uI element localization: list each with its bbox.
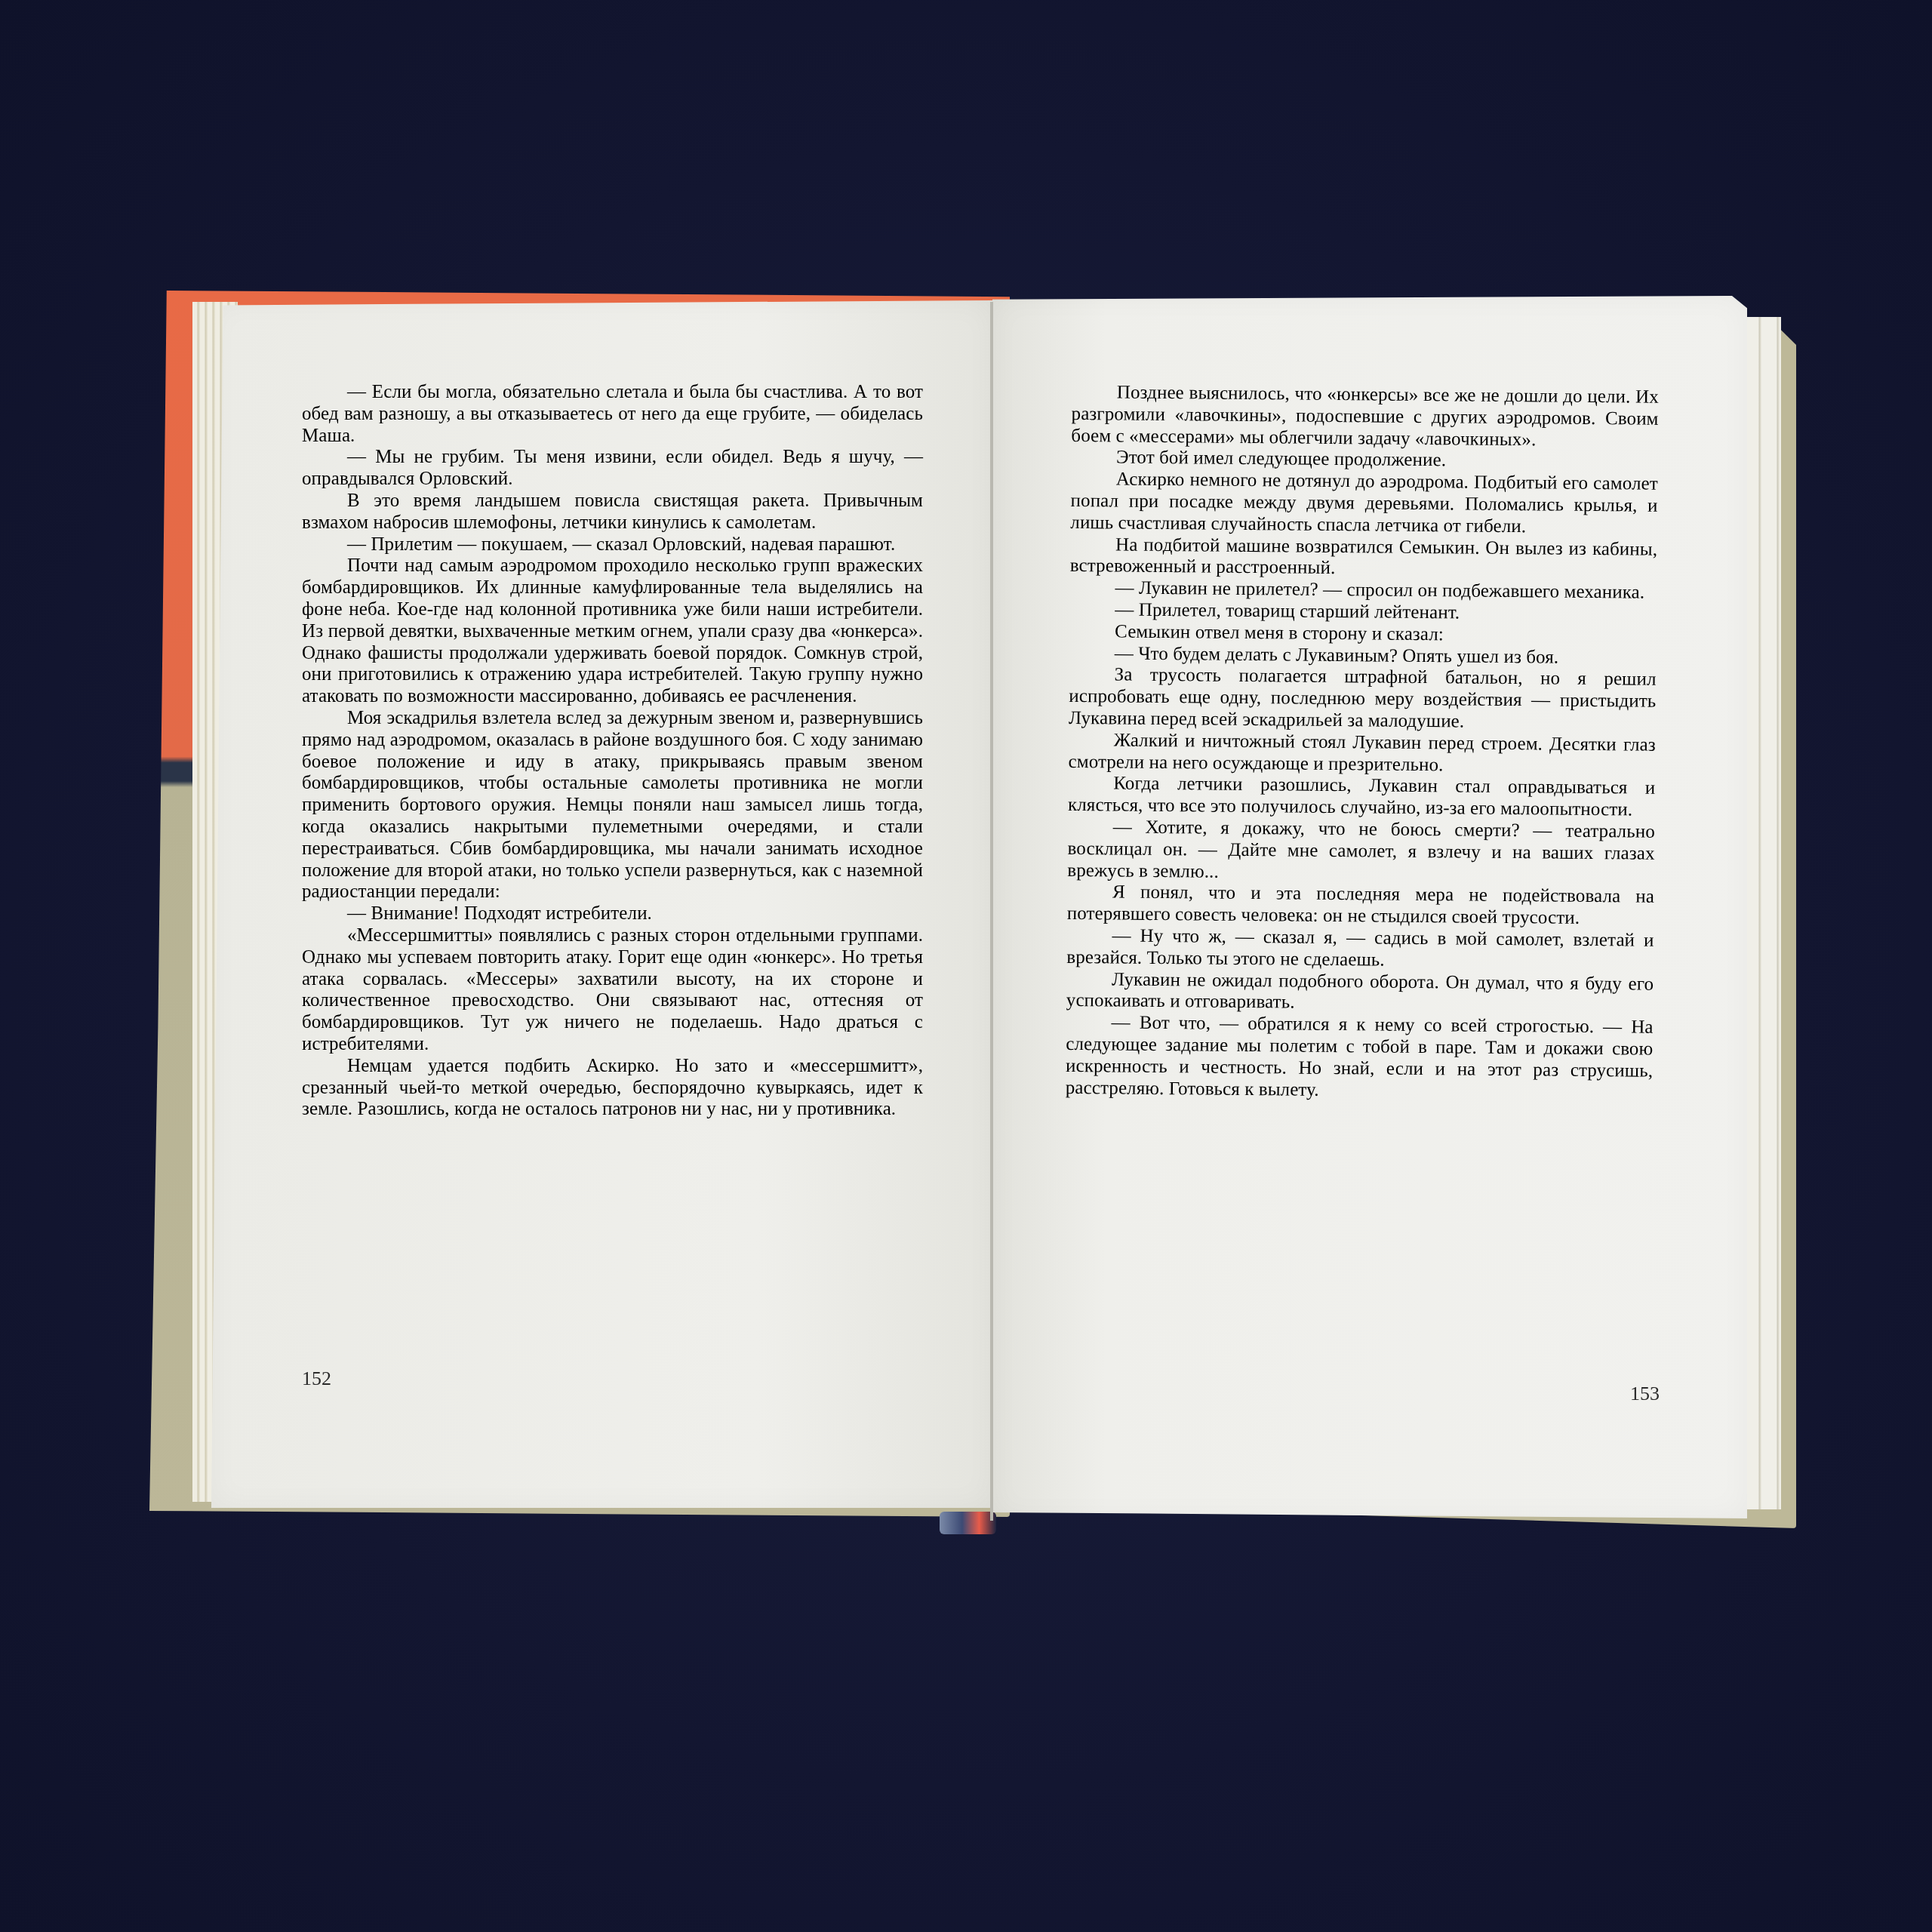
paragraph: Позднее выяснилось, что «юнкерсы» все же… (1071, 382, 1659, 452)
paragraph: — Мы не грубим. Ты меня извини, если оби… (302, 447, 923, 491)
paragraph: — Вот что, — обратился я к нему со всей … (1066, 1012, 1654, 1104)
paragraph: Аскирко немного не дотянул до аэродрома.… (1070, 469, 1658, 539)
paragraph: — Внимание! Подходят истребители. (302, 903, 923, 925)
paragraph: Почти над самым аэродромом проходило нес… (302, 555, 923, 708)
open-book: — Если бы могла, обязательно слетала и б… (0, 0, 1932, 1932)
paragraph: Жалкий и ничтожный стоял Лукавин перед с… (1068, 730, 1655, 778)
paragraph: «Мессершмитты» появлялись с разных сторо… (302, 925, 923, 1056)
right-page-stack (1743, 317, 1781, 1509)
spine-end (940, 1512, 996, 1534)
paragraph: — Если бы могла, обязательно слетала и б… (302, 382, 923, 447)
left-page-text: — Если бы могла, обязательно слетала и б… (302, 382, 923, 1121)
paragraph: — Ну что ж, — сказал я, — садись в мой с… (1066, 925, 1654, 974)
paragraph: На подбитой машине возвратился Семыкин. … (1070, 534, 1657, 583)
paragraph: Моя эскадрилья взлетела вслед за дежурны… (302, 708, 923, 903)
right-page-text: Позднее выяснилось, что «юнкерсы» все же… (1066, 382, 1659, 1104)
paragraph: За трусость полагается штрафной батальон… (1069, 664, 1657, 734)
paragraph: Лукавин не ожидал подобного оборота. Он … (1066, 968, 1654, 1017)
paragraph: Когда летчики разошлись, Лукавин стал оп… (1068, 773, 1655, 821)
paragraph: — Прилетим — покушаем, — сказал Орловски… (302, 534, 923, 556)
page-number-left: 152 (302, 1367, 331, 1390)
paragraph: — Хотите, я докажу, что не боюсь смерти?… (1067, 817, 1655, 887)
paragraph: Немцам удается подбить Аскирко. Но зато … (302, 1056, 923, 1121)
paragraph: Я понял, что и эта последняя мера не под… (1067, 881, 1654, 930)
paragraph: В это время ландышем повисла свистящая р… (302, 491, 923, 534)
book-gutter (990, 302, 993, 1521)
page-number-right: 153 (1630, 1383, 1660, 1405)
